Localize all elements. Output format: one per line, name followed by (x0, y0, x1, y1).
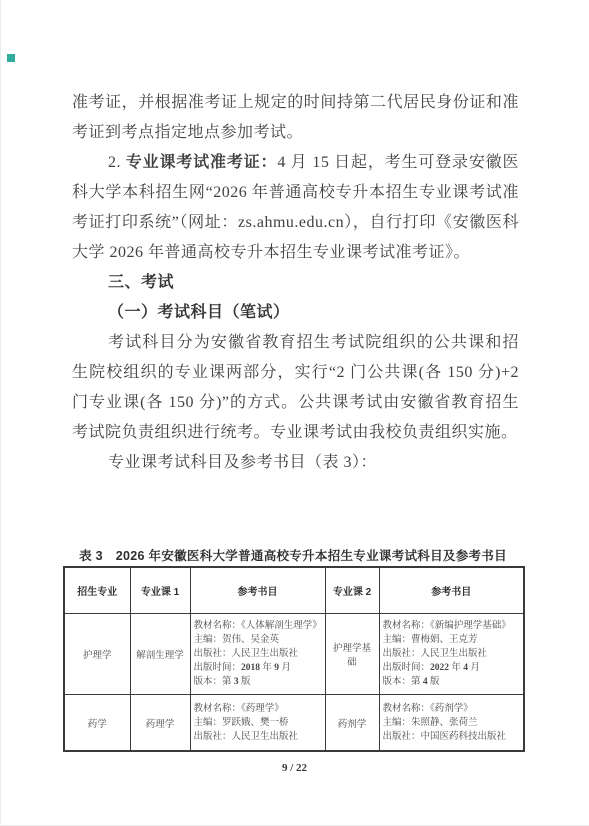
paragraph-professional-ticket: 2. 专业课考试准考证：4 月 15 日起，考生可登录安徽医科大学本科招生网“2… (72, 148, 519, 268)
paragraph-exam-subjects: 考试科目分为安徽省教育招生考试院组织的公共课和招生院校组织的专业课两部分，实行“… (72, 328, 519, 448)
paragraph-admission-ticket: 准考证，并根据准考证上规定的时间持第二代居民身份证和准考证到考点指定地点参加考试… (72, 88, 519, 148)
course1-cell: 解剖生理学 (130, 614, 190, 695)
document-page: 准考证，并根据准考证上规定的时间持第二代居民身份证和准考证到考点指定地点参加考试… (0, 0, 589, 826)
course2-cell: 药剂学 (325, 695, 379, 752)
header-reference1: 参考书目 (190, 567, 325, 614)
reference2-cell: 教材名称：《新编护理学基础》主编：曹梅娟、王克芳出版社：人民卫生出版社出版时间：… (379, 614, 524, 695)
table-row-nursing: 护理学 解剖生理学 教材名称：《人体解剖生理学》主编：贺伟、吴金英出版社：人民卫… (64, 614, 524, 695)
header-reference2: 参考书目 (379, 567, 524, 614)
course2-cell: 护理学基础 (325, 614, 379, 695)
major-cell: 护理学 (64, 614, 130, 695)
reference-books-table: 招生专业 专业课 1 参考书目 专业课 2 参考书目 护理学 解剖生理学 教材名… (63, 566, 525, 752)
paragraph-bold-lead: 专业课考试准考证： (126, 154, 278, 171)
page-number: 9 / 22 (0, 762, 589, 774)
paragraph-number: 2. (108, 154, 126, 171)
reference2-cell: 教材名称：《药剂学》主编：朱照静、张荷兰出版社：中国医药科技出版社 (379, 695, 524, 752)
reference1-cell: 教材名称：《人体解剖生理学》主编：贺伟、吴金英出版社：人民卫生出版社出版时间：2… (190, 614, 325, 695)
section-heading-exam: 三、考试 (72, 268, 519, 298)
header-major: 招生专业 (64, 567, 130, 614)
document-body: 准考证，并根据准考证上规定的时间持第二代居民身份证和准考证到考点指定地点参加考试… (72, 88, 519, 478)
table-caption: 表 3 2026 年安徽医科大学普通高校专升本招生专业课考试科目及参考书目 (63, 546, 523, 564)
paragraph-table-intro: 专业课考试科目及参考书目（表 3）： (72, 448, 519, 478)
table-row-pharmacy: 药学 药理学 教材名称：《药理学》主编：罗跃娥、樊一桥出版社：人民卫生出版社 药… (64, 695, 524, 752)
subsection-heading-subjects: （一）考试科目（笔试） (72, 298, 519, 328)
course1-cell: 药理学 (130, 695, 190, 752)
table-header-row: 招生专业 专业课 1 参考书目 专业课 2 参考书目 (64, 567, 524, 614)
header-course1: 专业课 1 (130, 567, 190, 614)
major-cell: 药学 (64, 695, 130, 752)
reference1-cell: 教材名称：《药理学》主编：罗跃娥、樊一桥出版社：人民卫生出版社 (190, 695, 325, 752)
header-course2: 专业课 2 (325, 567, 379, 614)
corner-marker (7, 54, 15, 62)
